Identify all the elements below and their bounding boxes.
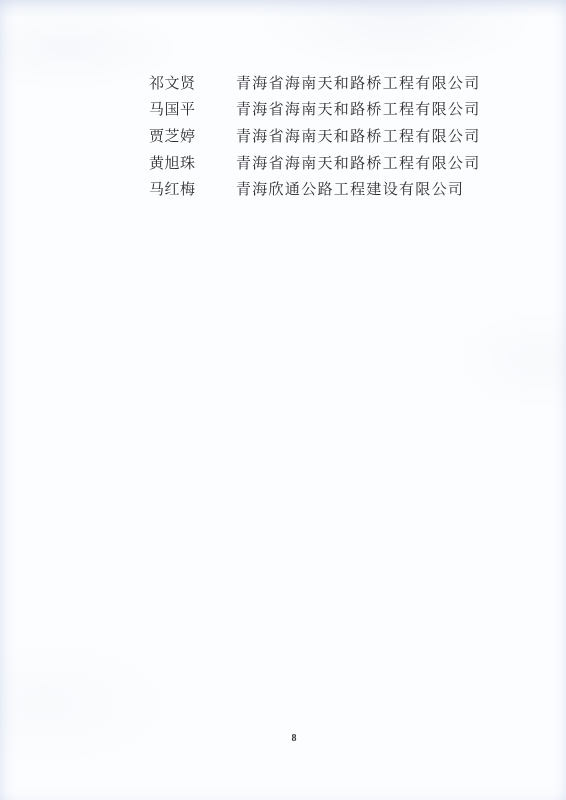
roster-row: 贾芝婷 青海省海南天和路桥工程有限公司 — [149, 122, 489, 149]
roster-row: 马国平 青海省海南天和路桥工程有限公司 — [149, 96, 489, 123]
company-name: 青海省海南天和路桥工程有限公司 — [236, 125, 481, 146]
person-name: 马红梅 — [149, 178, 236, 199]
page-number: 8 — [288, 733, 300, 744]
roster-row: 祁文贤 青海省海南天和路桥工程有限公司 — [149, 69, 489, 96]
company-name: 青海欣通公路工程建设有限公司 — [236, 178, 464, 199]
scanned-document-page: 祁文贤 青海省海南天和路桥工程有限公司 马国平 青海省海南天和路桥工程有限公司 … — [0, 0, 566, 800]
person-name: 贾芝婷 — [149, 125, 236, 146]
person-name: 马国平 — [149, 98, 236, 119]
company-name: 青海省海南天和路桥工程有限公司 — [236, 72, 481, 93]
person-name: 黄旭珠 — [149, 152, 236, 173]
person-name: 祁文贤 — [149, 72, 236, 93]
company-name: 青海省海南天和路桥工程有限公司 — [236, 98, 481, 119]
roster-list: 祁文贤 青海省海南天和路桥工程有限公司 马国平 青海省海南天和路桥工程有限公司 … — [149, 69, 489, 202]
roster-row: 马红梅 青海欣通公路工程建设有限公司 — [149, 175, 489, 202]
roster-row: 黄旭珠 青海省海南天和路桥工程有限公司 — [149, 149, 489, 176]
company-name: 青海省海南天和路桥工程有限公司 — [236, 152, 481, 173]
